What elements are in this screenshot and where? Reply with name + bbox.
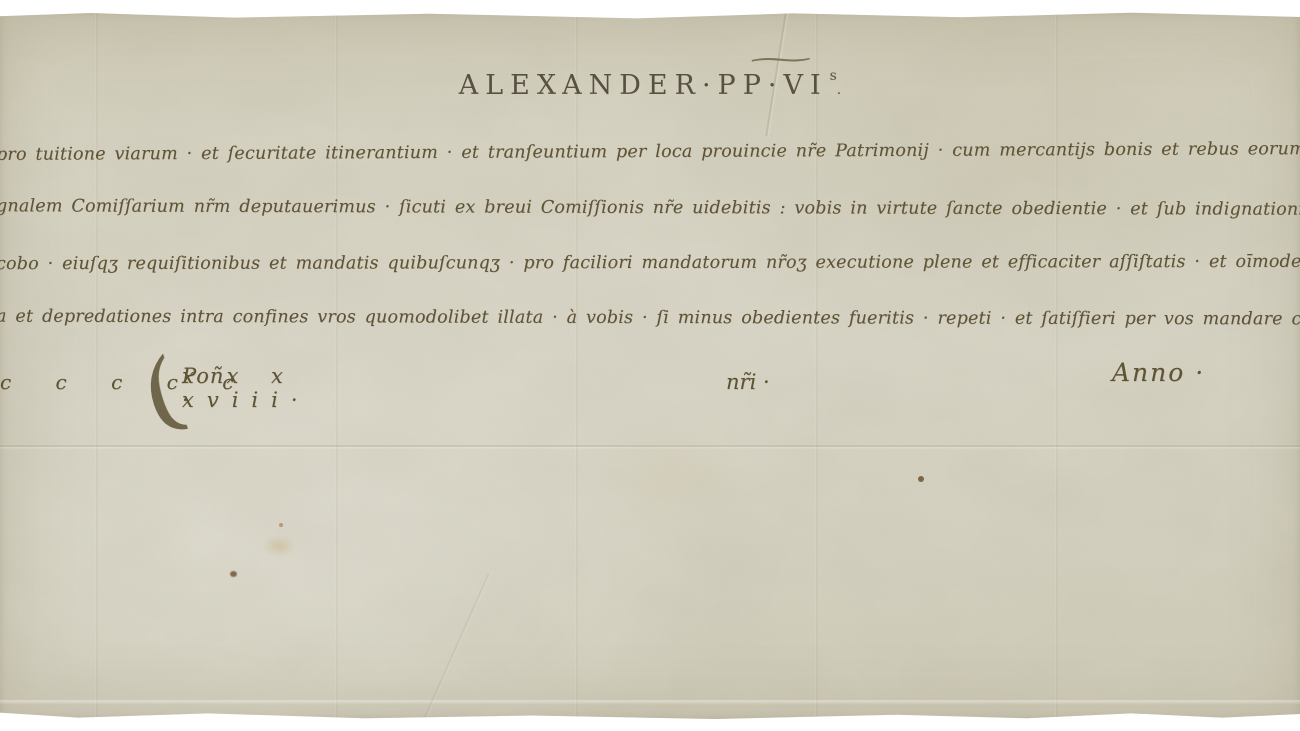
diagonal-crease [423, 574, 490, 721]
parchment-sheet: ~ ALEXANDER·PP·VIs. pro tuitione viarum … [0, 12, 1300, 719]
stain [262, 534, 296, 558]
document-heading: ALEXANDER·PP·VIs. [0, 68, 1300, 101]
anno-word: Anno · [1112, 358, 1205, 387]
ink-spot [230, 571, 237, 577]
manuscript-line-1: pro tuitione viarum · et ſecuritate itin… [0, 139, 1300, 165]
manuscript-photo: ~ ALEXANDER·PP·VIs. pro tuitione viarum … [0, 0, 1300, 731]
pontificatus-abbreviation: Poñ · [182, 364, 224, 412]
vertical-fold-crease [95, 12, 98, 719]
heading-superscript: s [830, 68, 837, 84]
vertical-fold-crease [815, 12, 818, 719]
manuscript-line-4: a et depredationes intra confines vros q… [0, 307, 1300, 330]
vertical-fold-crease [1055, 12, 1058, 719]
manuscript-line-2: gnalem Comiſſarium nr̃m deputauerimus · … [0, 196, 1300, 219]
nostri-abbreviation: nr̃i · [726, 370, 770, 394]
ink-spot [918, 476, 924, 482]
stain [590, 432, 750, 522]
pope-name-title: ALEXANDER·PP·VI [459, 70, 828, 101]
heading-period: . [837, 82, 841, 98]
stain [279, 523, 283, 527]
manuscript-line-3: cobo · eiuſqʒ requiſitionibus et mandati… [0, 252, 1300, 274]
horizontal-fold-crease [0, 700, 1300, 702]
vertical-fold-crease [335, 12, 338, 719]
vertical-fold-crease [575, 12, 578, 719]
